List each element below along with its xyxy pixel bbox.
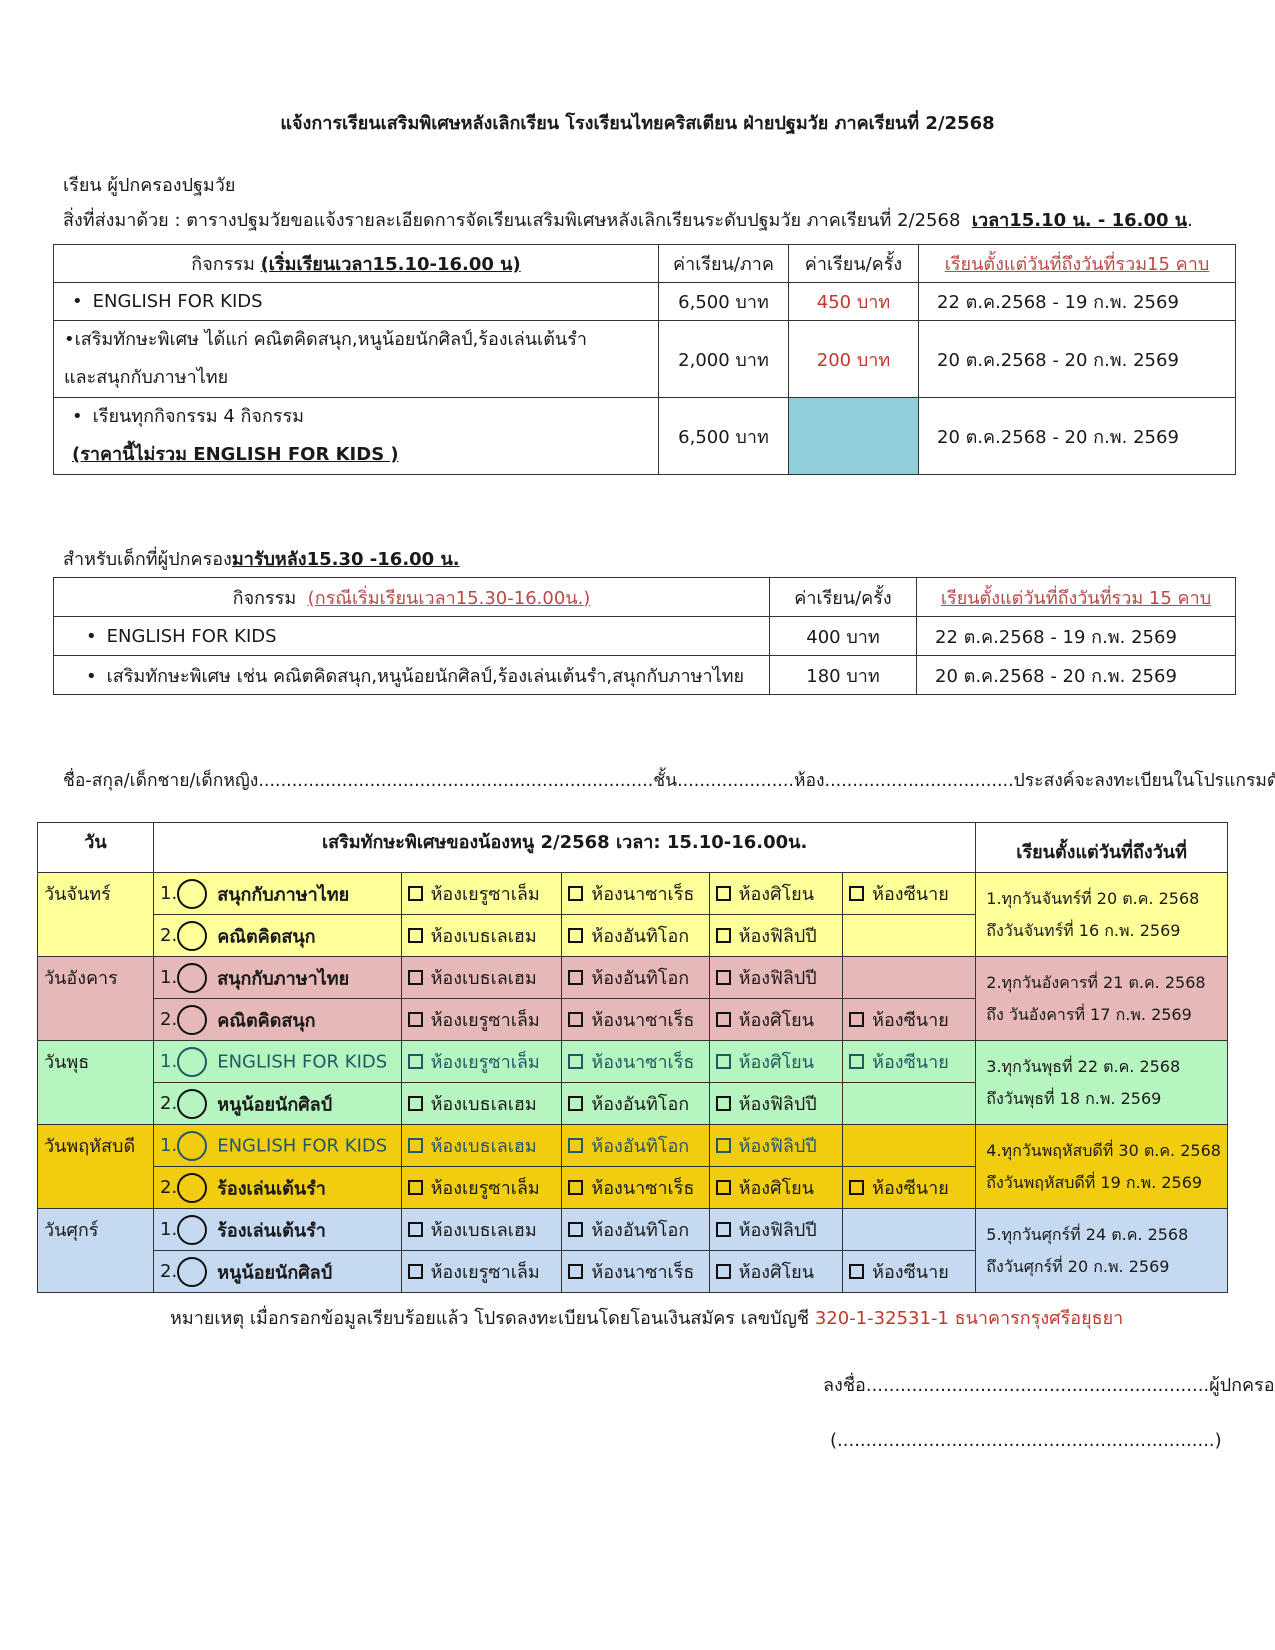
option-number: 1. bbox=[160, 1051, 177, 1072]
day-header: วัน bbox=[38, 823, 154, 873]
checkbox-icon[interactable] bbox=[408, 1180, 423, 1195]
empty-cell bbox=[843, 957, 976, 999]
room-name: ห้องซีนาย bbox=[872, 1010, 949, 1031]
range-start: 2.ทุกวันอังคารที่ 21 ต.ค. 2568 bbox=[986, 967, 1221, 999]
activity-name: หนูน้อยนักศิลป์ bbox=[217, 1094, 332, 1115]
room-option[interactable]: ห้องซีนาย bbox=[843, 1251, 976, 1293]
room-option[interactable]: ห้องเยรูซาเล็ม bbox=[401, 999, 562, 1041]
per-term-cell: 6,500 บาท bbox=[659, 283, 789, 321]
activity-option[interactable]: 2.คณิตคิดสนุก bbox=[154, 915, 402, 957]
per-term-header: ค่าเรียน/ภาค bbox=[659, 245, 789, 283]
room-option[interactable]: ห้องฟิลิปปี bbox=[709, 1209, 843, 1251]
day-cell: วันพุธ bbox=[38, 1041, 154, 1125]
date-range-cell: 3.ทุกวันพุธที่ 22 ต.ค. 2568ถึงวันพุธที่ … bbox=[976, 1041, 1228, 1125]
table-row: •เสริมทักษะพิเศษ ได้แก่ คณิตคิดสนุก,หนูน… bbox=[54, 321, 1236, 398]
room-name: ห้องนาซาเร็ธ bbox=[591, 884, 694, 905]
activity-option[interactable]: 2.คณิตคิดสนุก bbox=[154, 999, 402, 1041]
range-start: 4.ทุกวันพฤหัสบดีที่ 30 ต.ค. 2568 bbox=[986, 1135, 1221, 1167]
room-name: ห้องศิโยน bbox=[739, 884, 814, 905]
dates-cell: 20 ต.ค.2568 - 20 ก.พ. 2569 bbox=[917, 656, 1236, 695]
checkbox-icon[interactable] bbox=[568, 970, 583, 985]
table-row: เสริมทักษะพิเศษ เช่น คณิตคิดสนุก,หนูน้อย… bbox=[54, 656, 1236, 695]
checkbox-icon[interactable] bbox=[568, 1054, 583, 1069]
enclosure-prefix: สิ่งที่ส่งมาด้วย : ตารางปฐมวัยขอแจ้งรายล… bbox=[63, 210, 960, 231]
activity-cell: เรียนทุกกิจกรรม 4 กิจกรรม (ราคานี้ไม่รวม… bbox=[54, 398, 659, 475]
schedule-table: วัน เสริมทักษะพิเศษของน้องหนู 2/2568 เวล… bbox=[37, 822, 1228, 1293]
date-range-cell: 4.ทุกวันพฤหัสบดีที่ 30 ต.ค. 2568ถึงวันพฤ… bbox=[976, 1125, 1228, 1209]
checkbox-icon[interactable] bbox=[716, 1180, 731, 1195]
per-session-cell: 180 บาท bbox=[770, 656, 917, 695]
radio-circle-icon[interactable] bbox=[177, 1131, 207, 1161]
room-option[interactable]: ห้องนาซาเร็ธ bbox=[562, 1251, 709, 1293]
dates-cell: 22 ต.ค.2568 - 19 ก.พ. 2569 bbox=[917, 617, 1236, 656]
schedule-row: วันพฤหัสบดี1.ENGLISH FOR KIDSห้องเบธเลเฮ… bbox=[38, 1125, 1228, 1167]
schedule-row: วันอังคาร1.สนุกกับภาษาไทยห้องเบธเลเฮมห้อ… bbox=[38, 957, 1228, 999]
radio-circle-icon[interactable] bbox=[177, 921, 207, 951]
room-name: ห้องฟิลิปปี bbox=[739, 1136, 817, 1157]
radio-circle-icon[interactable] bbox=[177, 1257, 207, 1287]
room-option[interactable]: ห้องเยรูซาเล็ม bbox=[401, 873, 562, 915]
dates-cell: 20 ต.ค.2568 - 20 ก.พ. 2569 bbox=[919, 398, 1236, 475]
range-end: ถึงวันจันทร์ที่ 16 ก.พ. 2569 bbox=[986, 915, 1221, 947]
room-option[interactable]: ห้องอันทิโอก bbox=[562, 1083, 709, 1125]
room-name: ห้องซีนาย bbox=[872, 1262, 949, 1283]
checkbox-icon[interactable] bbox=[849, 1054, 864, 1069]
activity-option[interactable]: 2.หนูน้อยนักศิลป์ bbox=[154, 1083, 402, 1125]
fee-table-full-session: กิจกรรม (เริ่มเรียนเวลา15.10-16.00 น) ค่… bbox=[53, 244, 1236, 475]
signature-name-line[interactable]: (.......................................… bbox=[830, 1430, 1222, 1451]
checkbox-icon[interactable] bbox=[568, 1222, 583, 1237]
table-row: ENGLISH FOR KIDS 6,500 บาท 450 บาท 22 ต.… bbox=[54, 283, 1236, 321]
room-option[interactable]: ห้องนาซาเร็ธ bbox=[562, 1167, 709, 1209]
room-name: ห้องเบธเลเฮม bbox=[431, 1220, 537, 1241]
room-option[interactable]: ห้องเบธเลเฮม bbox=[401, 957, 562, 999]
room-option[interactable]: ห้องนาซาเร็ธ bbox=[562, 873, 709, 915]
checkbox-icon[interactable] bbox=[568, 1264, 583, 1279]
program-header: เสริมทักษะพิเศษของน้องหนู 2/2568 เวลา: 1… bbox=[154, 823, 976, 873]
radio-circle-icon[interactable] bbox=[177, 963, 207, 993]
per-session-cell: 400 บาท bbox=[770, 617, 917, 656]
room-name: ห้องนาซาเร็ธ bbox=[591, 1178, 694, 1199]
day-cell: วันอังคาร bbox=[38, 957, 154, 1041]
checkbox-icon[interactable] bbox=[568, 1096, 583, 1111]
activity-cell: ENGLISH FOR KIDS bbox=[54, 617, 770, 656]
room-name: ห้องเยรูซาเล็ม bbox=[431, 1262, 540, 1283]
room-name: ห้องเบธเลเฮม bbox=[431, 1094, 537, 1115]
checkbox-icon[interactable] bbox=[716, 1096, 731, 1111]
per-term-cell: 2,000 บาท bbox=[659, 321, 789, 398]
range-end: ถึงวันพฤหัสบดีที่ 19 ก.พ. 2569 bbox=[986, 1167, 1221, 1199]
room-option[interactable]: ห้องซีนาย bbox=[843, 873, 976, 915]
room-option[interactable]: ห้องซีนาย bbox=[843, 1167, 976, 1209]
room-name: ห้องฟิลิปปี bbox=[739, 1094, 817, 1115]
room-name: ห้องอันทิโอก bbox=[591, 1136, 689, 1157]
room-name: ห้องเบธเลเฮม bbox=[431, 1136, 537, 1157]
enclosure-time: เวลา15.10 น. - 16.00 น bbox=[972, 210, 1187, 231]
room-name: ห้องฟิลิปปี bbox=[739, 926, 817, 947]
room-name: ห้องฟิลิปปี bbox=[739, 1220, 817, 1241]
range-start: 3.ทุกวันพุธที่ 22 ต.ค. 2568 bbox=[986, 1051, 1221, 1083]
checkbox-icon[interactable] bbox=[408, 1054, 423, 1069]
checkbox-icon[interactable] bbox=[408, 1264, 423, 1279]
option-number: 2. bbox=[160, 1177, 177, 1198]
room-name: ห้องศิโยน bbox=[739, 1178, 814, 1199]
range-end: ถึง วันอังคารที่ 17 ก.พ. 2569 bbox=[986, 999, 1221, 1031]
date-range-cell: 5.ทุกวันศุกร์ที่ 24 ต.ค. 2568ถึงวันศุกร์… bbox=[976, 1209, 1228, 1293]
activity-name: สนุกกับภาษาไทย bbox=[217, 884, 349, 905]
room-option[interactable]: ห้องเยรูซาเล็ม bbox=[401, 1041, 562, 1083]
option-number: 2. bbox=[160, 1261, 177, 1282]
room-option[interactable]: ห้องฟิลิปปี bbox=[709, 957, 843, 999]
signature-line[interactable]: ลงชื่อ..................................… bbox=[823, 1370, 1275, 1399]
activity-cell: •เสริมทักษะพิเศษ ได้แก่ คณิตคิดสนุก,หนูน… bbox=[54, 321, 659, 398]
activity-header: กิจกรรม (กรณีเริ่มเรียนเวลา15.30-16.00น.… bbox=[54, 578, 770, 617]
room-option[interactable]: ห้องศิโยน bbox=[709, 999, 843, 1041]
room-name: ห้องเยรูซาเล็ม bbox=[431, 1178, 540, 1199]
radio-circle-icon[interactable] bbox=[177, 1047, 207, 1077]
activity-name: ENGLISH FOR KIDS bbox=[217, 1051, 387, 1072]
checkbox-icon[interactable] bbox=[408, 1096, 423, 1111]
day-cell: วันพฤหัสบดี bbox=[38, 1125, 154, 1209]
activity-name: ร้องเล่นเต้นรำ bbox=[217, 1220, 326, 1241]
room-option[interactable]: ห้องซีนาย bbox=[843, 999, 976, 1041]
empty-cell bbox=[843, 1125, 976, 1167]
checkbox-icon[interactable] bbox=[408, 970, 423, 985]
empty-cell bbox=[843, 1083, 976, 1125]
date-range-header: เรียนตั้งแต่วันที่ถึงวันที่รวม15 คาบ bbox=[919, 245, 1236, 283]
table-header: กิจกรรม (กรณีเริ่มเรียนเวลา15.30-16.00น.… bbox=[54, 578, 1236, 617]
option-number: 1. bbox=[160, 967, 177, 988]
schedule-row: วันจันทร์1.สนุกกับภาษาไทยห้องเยรูซาเล็มห… bbox=[38, 873, 1228, 915]
activity-header-label: กิจกรรม bbox=[233, 588, 297, 609]
section2-heading: สำหรับเด็กที่ผู้ปกครองมารับหลัง15.30 -16… bbox=[63, 544, 460, 573]
date-range-header: เรียนตั้งแต่วันที่ถึงวันที่รวม 15 คาบ bbox=[917, 578, 1236, 617]
checkbox-icon[interactable] bbox=[716, 1054, 731, 1069]
radio-circle-icon[interactable] bbox=[177, 1005, 207, 1035]
room-option[interactable]: ห้องนาซาเร็ธ bbox=[562, 999, 709, 1041]
enclosure-end: . bbox=[1187, 210, 1193, 231]
checkbox-icon[interactable] bbox=[408, 1012, 423, 1027]
footnote-text: หมายเหตุ เมื่อกรอกข้อมูลเรียบร้อยแล้ว โป… bbox=[170, 1308, 809, 1329]
activity-cell: เสริมทักษะพิเศษ เช่น คณิตคิดสนุก,หนูน้อย… bbox=[54, 656, 770, 695]
dates-cell: 22 ต.ค.2568 - 19 ก.พ. 2569 bbox=[919, 283, 1236, 321]
checkbox-icon[interactable] bbox=[568, 886, 583, 901]
empty-cell bbox=[843, 915, 976, 957]
per-session-cell: 200 บาท bbox=[789, 321, 919, 398]
activity-name: ENGLISH FOR KIDS bbox=[86, 626, 277, 647]
option-number: 1. bbox=[160, 1219, 177, 1240]
room-name: ห้องเบธเลเฮม bbox=[431, 926, 537, 947]
empty-cell bbox=[843, 1209, 976, 1251]
checkbox-icon[interactable] bbox=[716, 1138, 731, 1153]
per-session-cell: 450 บาท bbox=[789, 283, 919, 321]
option-number: 1. bbox=[160, 883, 177, 904]
checkbox-icon[interactable] bbox=[568, 928, 583, 943]
checkbox-icon[interactable] bbox=[408, 1222, 423, 1237]
activity-name: สนุกกับภาษาไทย bbox=[217, 968, 349, 989]
section2-emph: มารับหลัง15.30 -16.00 น. bbox=[232, 549, 460, 570]
per-session-cell-empty bbox=[789, 398, 919, 475]
salutation: เรียน ผู้ปกครองปฐมวัย bbox=[63, 170, 235, 199]
activity-name: คณิตคิดสนุก bbox=[217, 926, 315, 947]
radio-circle-icon[interactable] bbox=[177, 1215, 207, 1245]
room-name: ห้องฟิลิปปี bbox=[739, 968, 817, 989]
activity-option[interactable]: 1.ENGLISH FOR KIDS bbox=[154, 1125, 402, 1167]
room-name: ห้องศิโยน bbox=[739, 1052, 814, 1073]
checkbox-icon[interactable] bbox=[716, 886, 731, 901]
checkbox-icon[interactable] bbox=[849, 1012, 864, 1027]
room-name: ห้องเยรูซาเล็ม bbox=[431, 884, 540, 905]
option-number: 2. bbox=[160, 1009, 177, 1030]
schedule-row: วันศุกร์1.ร้องเล่นเต้นรำห้องเบธเลเฮมห้อง… bbox=[38, 1209, 1228, 1251]
checkbox-icon[interactable] bbox=[716, 1264, 731, 1279]
room-option[interactable]: ห้องอันทิโอก bbox=[562, 1125, 709, 1167]
activity-name: คณิตคิดสนุก bbox=[217, 1010, 315, 1031]
room-name: ห้องอันทิโอก bbox=[591, 1094, 689, 1115]
per-session-header: ค่าเรียน/ครั้ง bbox=[789, 245, 919, 283]
schedule-body: วันจันทร์1.สนุกกับภาษาไทยห้องเยรูซาเล็มห… bbox=[38, 873, 1228, 1293]
room-option[interactable]: ห้องอันทิโอก bbox=[562, 1209, 709, 1251]
checkbox-icon[interactable] bbox=[849, 1180, 864, 1195]
enclosure-line: สิ่งที่ส่งมาด้วย : ตารางปฐมวัยขอแจ้งรายล… bbox=[63, 205, 1193, 234]
activity-name: ENGLISH FOR KIDS bbox=[72, 291, 263, 312]
room-name: ห้องเยรูซาเล็ม bbox=[431, 1010, 540, 1031]
schedule-header: วัน เสริมทักษะพิเศษของน้องหนู 2/2568 เวล… bbox=[38, 823, 1228, 873]
day-cell: วันจันทร์ bbox=[38, 873, 154, 957]
per-term-cell: 6,500 บาท bbox=[659, 398, 789, 475]
room-name: ห้องศิโยน bbox=[739, 1262, 814, 1283]
activity-option[interactable]: 1.สนุกกับภาษาไทย bbox=[154, 957, 402, 999]
checkbox-icon[interactable] bbox=[408, 928, 423, 943]
activity-name: เสริมทักษะพิเศษ เช่น คณิตคิดสนุก,หนูน้อย… bbox=[86, 666, 744, 687]
room-option[interactable]: ห้องเยรูซาเล็ม bbox=[401, 1251, 562, 1293]
checkbox-icon[interactable] bbox=[716, 970, 731, 985]
fee-table-late-session: กิจกรรม (กรณีเริ่มเรียนเวลา15.30-16.00น.… bbox=[53, 577, 1236, 695]
bank-account: 320-1-32531-1 ธนาคารกรุงศรีอยุธยา bbox=[815, 1308, 1123, 1329]
room-option[interactable]: ห้องเบธเลเฮม bbox=[401, 1209, 562, 1251]
activity-option[interactable]: 2.ร้องเล่นเต้นรำ bbox=[154, 1167, 402, 1209]
checkbox-icon[interactable] bbox=[568, 1012, 583, 1027]
student-info-field[interactable]: ชื่อ-สกุล/เด็กชาย/เด็กหญิง..............… bbox=[63, 766, 1275, 794]
room-name: ห้องซีนาย bbox=[872, 884, 949, 905]
table-row: เรียนทุกกิจกรรม 4 กิจกรรม (ราคานี้ไม่รวม… bbox=[54, 398, 1236, 475]
activity-cell: ENGLISH FOR KIDS bbox=[54, 283, 659, 321]
room-option[interactable]: ห้องเบธเลเฮม bbox=[401, 915, 562, 957]
room-name: ห้องอันทิโอก bbox=[591, 968, 689, 989]
room-option[interactable]: ห้องศิโยน bbox=[709, 1041, 843, 1083]
activity-option[interactable]: 1.สนุกกับภาษาไทย bbox=[154, 873, 402, 915]
room-option[interactable]: ห้องอันทิโอก bbox=[562, 957, 709, 999]
checkbox-icon[interactable] bbox=[568, 1180, 583, 1195]
activity-name: ร้องเล่นเต้นรำ bbox=[217, 1178, 326, 1199]
table-row: ENGLISH FOR KIDS 400 บาท 22 ต.ค.2568 - 1… bbox=[54, 617, 1236, 656]
activity-option[interactable]: 2.หนูน้อยนักศิลป์ bbox=[154, 1251, 402, 1293]
activity-line2: (ราคานี้ไม่รวม ENGLISH FOR KIDS ) bbox=[72, 436, 648, 474]
room-name: ห้องเบธเลเฮม bbox=[431, 968, 537, 989]
room-option[interactable]: ห้องนาซาเร็ธ bbox=[562, 1041, 709, 1083]
room-option[interactable]: ห้องฟิลิปปี bbox=[709, 1083, 843, 1125]
activity-name: หนูน้อยนักศิลป์ bbox=[217, 1262, 332, 1283]
section2-prefix: สำหรับเด็กที่ผู้ปกครอง bbox=[63, 549, 232, 570]
room-name: ห้องศิโยน bbox=[739, 1010, 814, 1031]
day-cell: วันศุกร์ bbox=[38, 1209, 154, 1293]
room-option[interactable]: ห้องศิโยน bbox=[709, 873, 843, 915]
option-number: 2. bbox=[160, 1093, 177, 1114]
room-option[interactable]: ห้องฟิลิปปี bbox=[709, 915, 843, 957]
range-header: เรียนตั้งแต่วันที่ถึงวันที่ bbox=[976, 823, 1228, 873]
dates-cell: 20 ต.ค.2568 - 20 ก.พ. 2569 bbox=[919, 321, 1236, 398]
activity-header-time: (กรณีเริ่มเรียนเวลา15.30-16.00น.) bbox=[308, 588, 591, 609]
room-name: ห้องเยรูซาเล็ม bbox=[431, 1052, 540, 1073]
room-name: ห้องอันทิโอก bbox=[591, 926, 689, 947]
radio-circle-icon[interactable] bbox=[177, 1089, 207, 1119]
checkbox-icon[interactable] bbox=[849, 1264, 864, 1279]
checkbox-icon[interactable] bbox=[408, 1138, 423, 1153]
radio-circle-icon[interactable] bbox=[177, 879, 207, 909]
checkbox-icon[interactable] bbox=[849, 886, 864, 901]
option-number: 1. bbox=[160, 1135, 177, 1156]
activity-option[interactable]: 1.ร้องเล่นเต้นรำ bbox=[154, 1209, 402, 1251]
date-range-cell: 2.ทุกวันอังคารที่ 21 ต.ค. 2568ถึง วันอัง… bbox=[976, 957, 1228, 1041]
room-option[interactable]: ห้องฟิลิปปี bbox=[709, 1125, 843, 1167]
range-end: ถึงวันพุธที่ 18 ก.พ. 2569 bbox=[986, 1083, 1221, 1115]
activity-line1: เรียนทุกกิจกรรม 4 กิจกรรม bbox=[72, 398, 648, 436]
checkbox-icon[interactable] bbox=[568, 1138, 583, 1153]
activity-header-label: กิจกรรม bbox=[191, 254, 255, 275]
per-session-header: ค่าเรียน/ครั้ง bbox=[770, 578, 917, 617]
date-range-cell: 1.ทุกวันจันทร์ที่ 20 ต.ค. 2568ถึงวันจันท… bbox=[976, 873, 1228, 957]
activity-line2: และสนุกกับภาษาไทย bbox=[64, 359, 648, 397]
checkbox-icon[interactable] bbox=[716, 1222, 731, 1237]
room-option[interactable]: ห้องศิโยน bbox=[709, 1251, 843, 1293]
room-name: ห้องนาซาเร็ธ bbox=[591, 1010, 694, 1031]
room-option[interactable]: ห้องเยรูซาเล็ม bbox=[401, 1167, 562, 1209]
room-name: ห้องซีนาย bbox=[872, 1052, 949, 1073]
range-start: 5.ทุกวันศุกร์ที่ 24 ต.ค. 2568 bbox=[986, 1219, 1221, 1251]
room-option[interactable]: ห้องซีนาย bbox=[843, 1041, 976, 1083]
room-name: ห้องซีนาย bbox=[872, 1178, 949, 1199]
radio-circle-icon[interactable] bbox=[177, 1173, 207, 1203]
activity-header: กิจกรรม (เริ่มเรียนเวลา15.10-16.00 น) bbox=[54, 245, 659, 283]
document-title: แจ้งการเรียนเสริมพิเศษหลังเลิกเรียน โรงเ… bbox=[0, 108, 1275, 137]
range-end: ถึงวันศุกร์ที่ 20 ก.พ. 2569 bbox=[986, 1251, 1221, 1283]
activity-option[interactable]: 1.ENGLISH FOR KIDS bbox=[154, 1041, 402, 1083]
table-header: กิจกรรม (เริ่มเรียนเวลา15.10-16.00 น) ค่… bbox=[54, 245, 1236, 283]
activity-header-time: (เริ่มเรียนเวลา15.10-16.00 น) bbox=[261, 254, 521, 275]
range-start: 1.ทุกวันจันทร์ที่ 20 ต.ค. 2568 bbox=[986, 883, 1221, 915]
room-name: ห้องนาซาเร็ธ bbox=[591, 1052, 694, 1073]
room-name: ห้องนาซาเร็ธ bbox=[591, 1262, 694, 1283]
room-name: ห้องอันทิโอก bbox=[591, 1220, 689, 1241]
checkbox-icon[interactable] bbox=[716, 928, 731, 943]
room-option[interactable]: ห้องเบธเลเฮม bbox=[401, 1083, 562, 1125]
activity-line1: •เสริมทักษะพิเศษ ได้แก่ คณิตคิดสนุก,หนูน… bbox=[64, 321, 648, 359]
room-option[interactable]: ห้องเบธเลเฮม bbox=[401, 1125, 562, 1167]
checkbox-icon[interactable] bbox=[408, 886, 423, 901]
activity-name: ENGLISH FOR KIDS bbox=[217, 1135, 387, 1156]
room-option[interactable]: ห้องอันทิโอก bbox=[562, 915, 709, 957]
schedule-row: วันพุธ1.ENGLISH FOR KIDSห้องเยรูซาเล็มห้… bbox=[38, 1041, 1228, 1083]
checkbox-icon[interactable] bbox=[716, 1012, 731, 1027]
footnote: หมายเหตุ เมื่อกรอกข้อมูลเรียบร้อยแล้ว โป… bbox=[170, 1303, 1123, 1332]
room-option[interactable]: ห้องศิโยน bbox=[709, 1167, 843, 1209]
option-number: 2. bbox=[160, 925, 177, 946]
